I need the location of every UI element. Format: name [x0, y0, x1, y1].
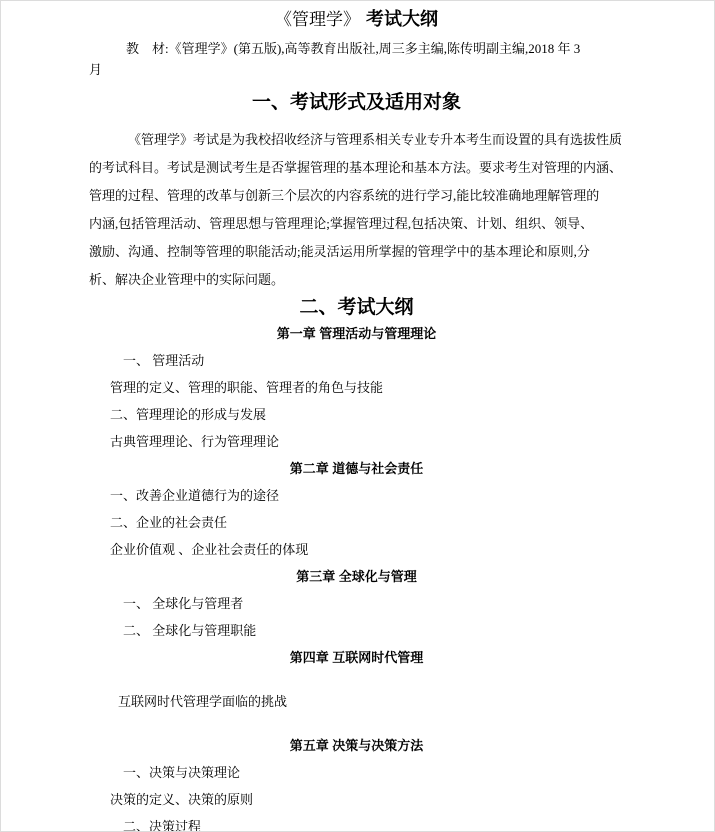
outline-chapter-heading: 第二章 道德与社会责任 — [89, 455, 624, 482]
outline-item: 一、决策与决策理论 — [89, 759, 624, 786]
outline-item: 一、改善企业道德行为的途径 — [89, 482, 624, 509]
outline-item: 二、企业的社会责任 — [89, 509, 624, 536]
exam-description-paragraph: 《管理学》考试是为我校招收经济与管理系相关专业专升本考生而设置的具有选拔性质的考… — [89, 126, 624, 294]
outline-chapter-heading: 第三章 全球化与管理 — [89, 563, 624, 590]
paragraph-line: 管理的过程、管理的改革与创新三个层次的内容系统的进行学习,能比较准确地理解管理的 — [89, 182, 624, 210]
document-title: 《管理学》考试大纲 — [89, 7, 624, 32]
section2-heading: 二、考试大纲 — [89, 298, 624, 318]
outline-chapter-heading: 第一章 管理活动与管理理论 — [89, 320, 624, 347]
title-book-name: 《管理学》 — [275, 10, 360, 29]
paragraph-line: 激励、沟通、控制等管理的职能活动;能灵活运用所掌握的管理学中的基本理论和原则,分 — [89, 238, 624, 266]
outline-chapter-heading: 第五章 决策与决策方法 — [89, 732, 624, 759]
outline-item: 二、决策过程 — [89, 813, 624, 832]
paragraph-line: 的考试科目。考试是测试考生是否掌握管理的基本理论和基本方法。要求考生对管理的内涵… — [89, 154, 624, 182]
outline-spacer — [89, 671, 624, 688]
title-text: 考试大纲 — [366, 9, 438, 29]
outline-item: 决策的定义、决策的原则 — [89, 786, 624, 813]
outline-item: 互联网时代管理学面临的挑战 — [89, 688, 624, 715]
textbook-line-2: 月 — [89, 59, 624, 80]
outline-item: 企业价值观 、企业社会责任的体现 — [89, 536, 624, 563]
paragraph-line: 《管理学》考试是为我校招收经济与管理系相关专业专升本考生而设置的具有选拔性质 — [89, 126, 624, 154]
outline-item: 二、 全球化与管理职能 — [89, 617, 624, 644]
outline-item: 一、 管理活动 — [89, 347, 624, 374]
exam-outline: 第一章 管理活动与管理理论一、 管理活动管理的定义、管理的职能、管理者的角色与技… — [89, 320, 624, 832]
textbook-info: 教 材:《管理学》(第五版),高等教育出版社,周三多主编,陈传明副主编,2018… — [89, 38, 624, 80]
outline-item: 一、 全球化与管理者 — [89, 590, 624, 617]
section1-heading: 一、考试形式及适用对象 — [89, 92, 624, 114]
paragraph-line: 析、解决企业管理中的实际问题。 — [89, 266, 624, 294]
outline-spacer — [89, 715, 624, 732]
outline-item: 管理的定义、管理的职能、管理者的角色与技能 — [89, 374, 624, 401]
outline-chapter-heading: 第四章 互联网时代管理 — [89, 644, 624, 671]
document-page: 《管理学》考试大纲 教 材:《管理学》(第五版),高等教育出版社,周三多主编,陈… — [0, 0, 715, 832]
textbook-line-1: 教 材:《管理学》(第五版),高等教育出版社,周三多主编,陈传明副主编,2018… — [89, 38, 624, 59]
outline-item: 古典管理理论、行为管理理论 — [89, 428, 624, 455]
paragraph-line: 内涵,包括管理活动、管理思想与管理理论;掌握管理过程,包括决策、计划、组织、领导… — [89, 210, 624, 238]
outline-item: 二、管理理论的形成与发展 — [89, 401, 624, 428]
